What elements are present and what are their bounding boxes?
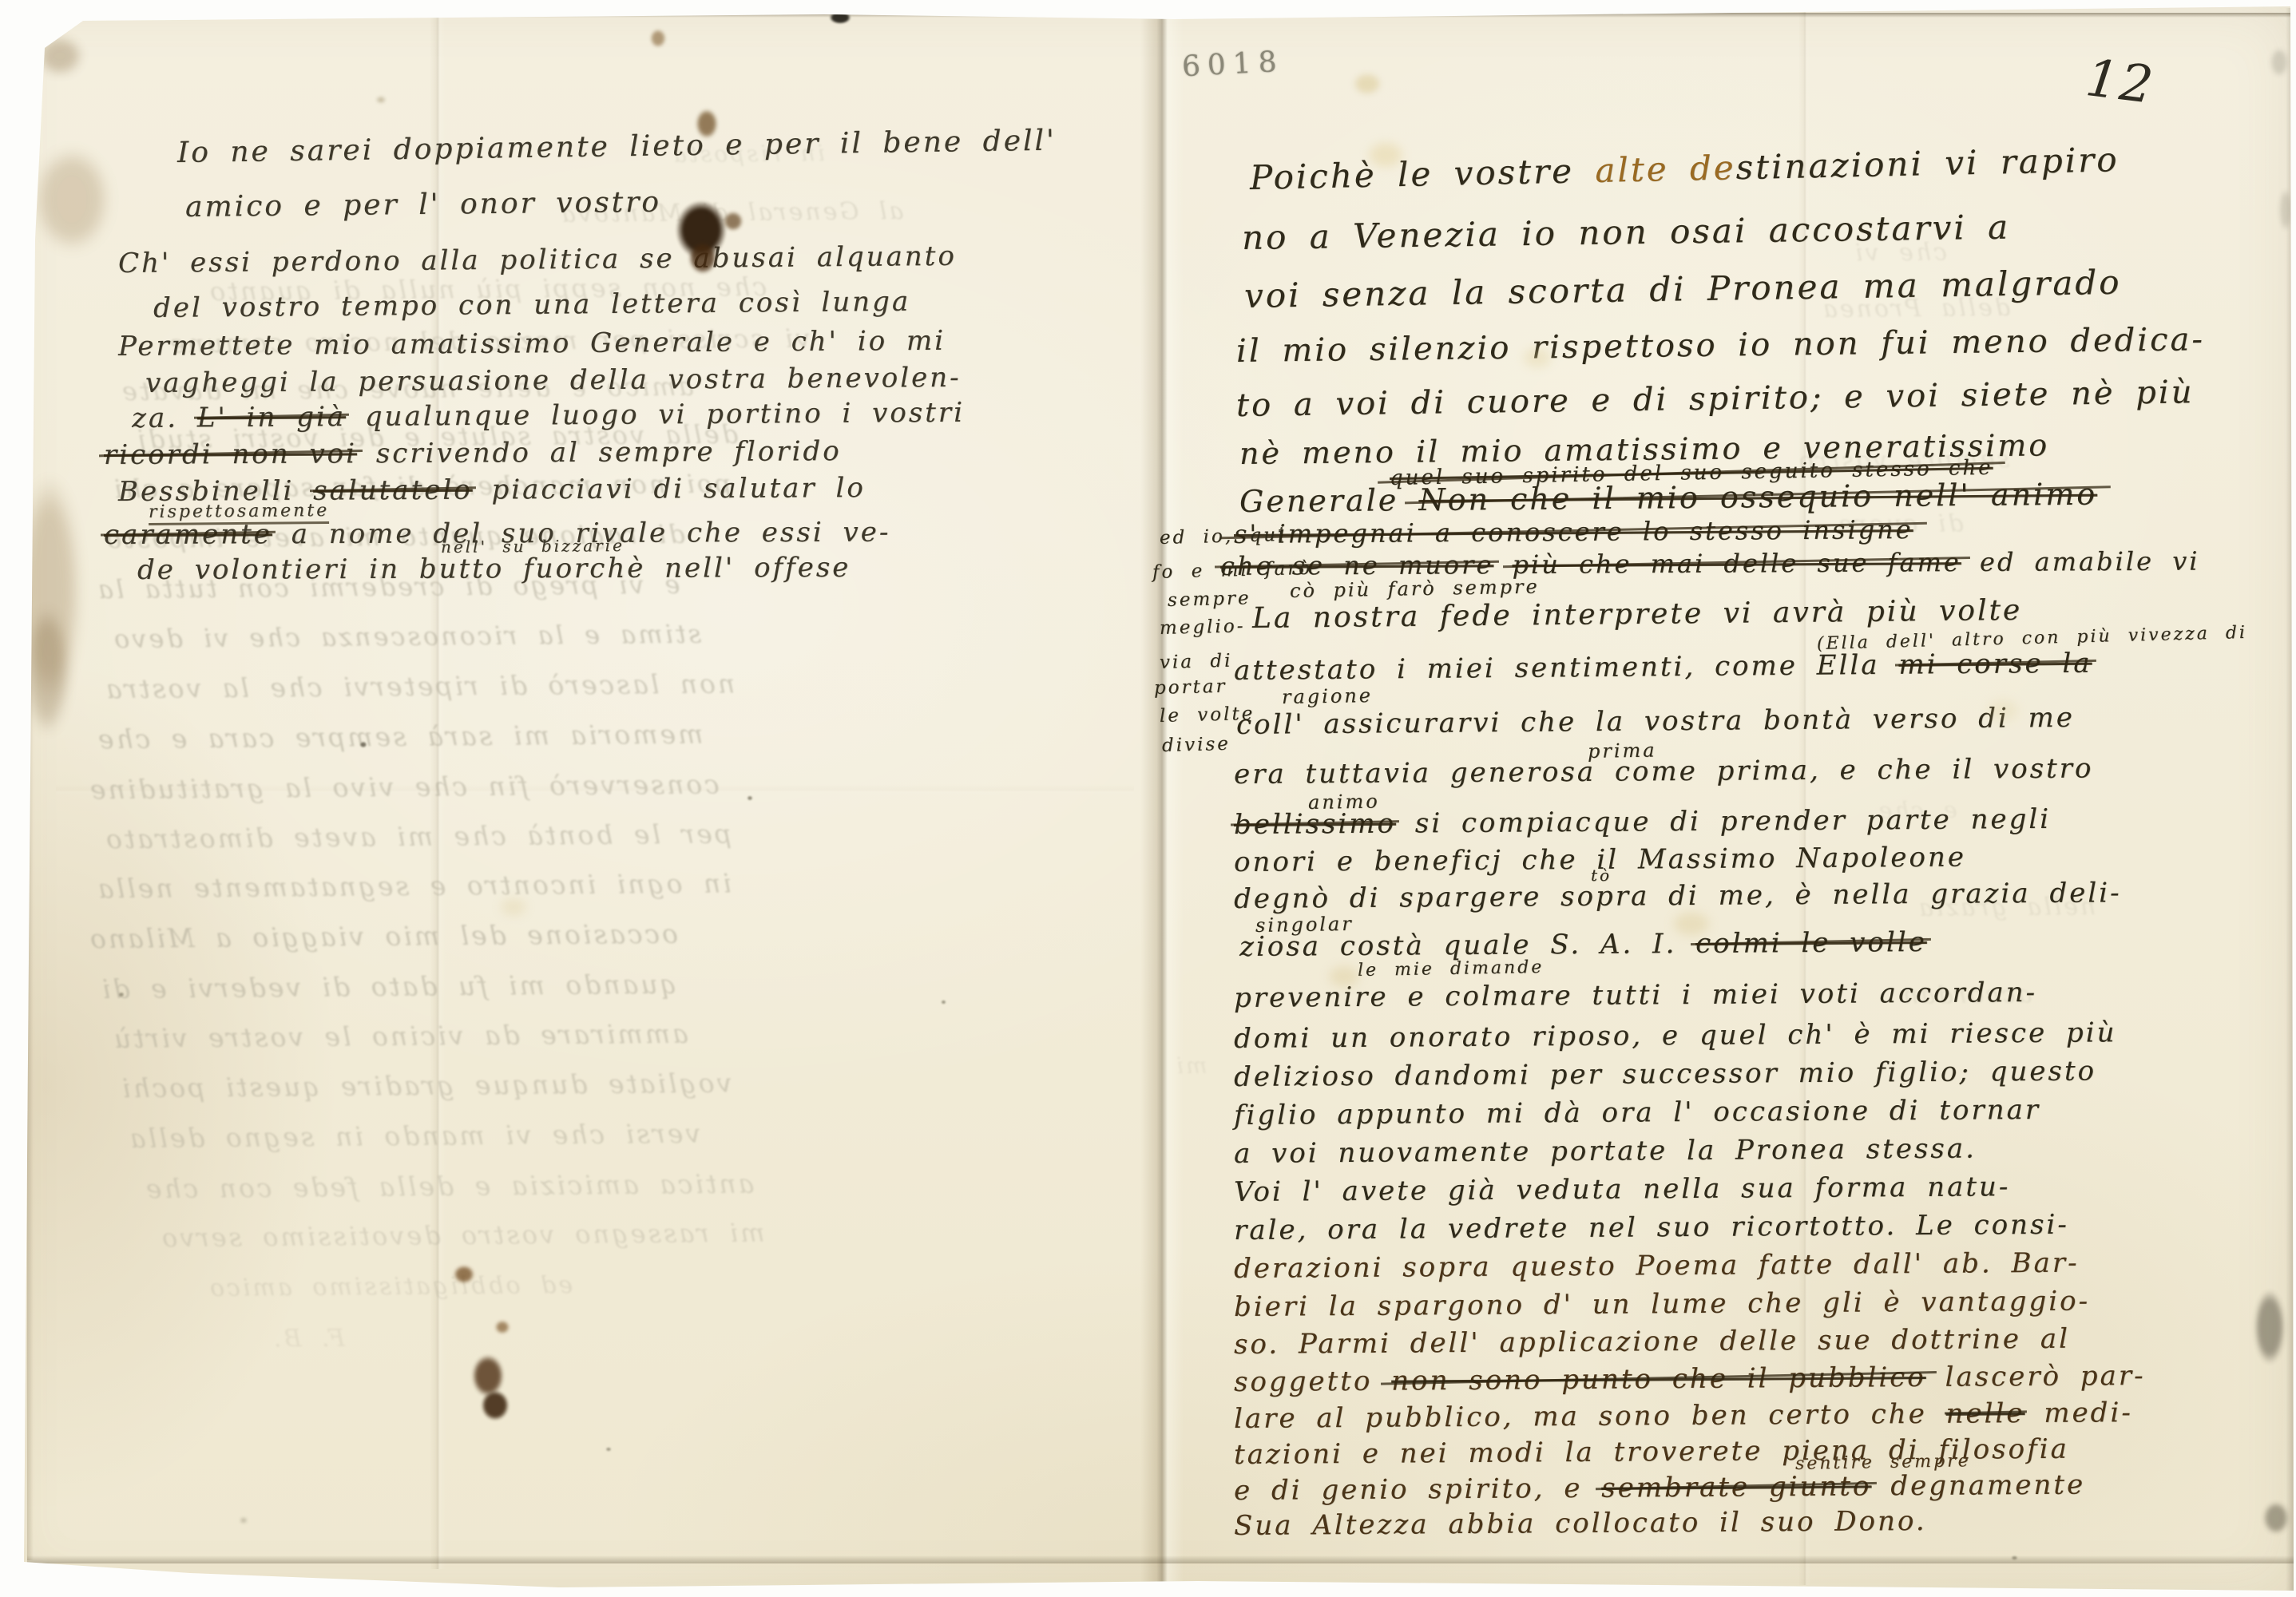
ink-stain [494, 1319, 511, 1335]
ink-stain [1362, 137, 1410, 172]
ink-stain [451, 1263, 477, 1286]
archive-mark: 6018 [1181, 46, 1285, 84]
ink-stain [24, 136, 120, 264]
ink-stain [1322, 961, 1366, 992]
ink-stain [2011, 1555, 2018, 1560]
ink-stain [2260, 1498, 2292, 1538]
ink-stains [0, 0, 2296, 1597]
ink-stain [2278, 184, 2294, 236]
ink-stain [478, 1386, 513, 1425]
ink-stain [19, 591, 75, 751]
ink-stain [685, 238, 720, 278]
ink-stain [1517, 343, 1557, 372]
ink-stain [375, 96, 387, 104]
ink-stain [1666, 907, 1717, 941]
ink-stain [32, 32, 88, 80]
ink-stain [118, 992, 125, 997]
ink-stain [495, 894, 532, 920]
ink-stain [648, 27, 668, 50]
ink-stain [2268, 45, 2290, 80]
ink-stain [359, 741, 367, 748]
page-number: 12 [2083, 49, 2158, 116]
manuscript-paper: al General di Mantovain rispostache non … [0, 0, 2296, 1597]
ink-stain [605, 1447, 612, 1452]
ink-stain [827, 10, 854, 26]
ink-stain [1981, 695, 2025, 727]
ink-stain [240, 1517, 248, 1524]
ink-stain [2250, 1281, 2289, 1373]
ink-stain [747, 795, 753, 801]
ink-stain [693, 105, 720, 142]
ink-stain [941, 1000, 946, 1005]
scan-background: al General di Mantovain rispostache non … [0, 0, 2296, 1597]
ink-stain [1350, 70, 1385, 97]
ink-stain [721, 209, 745, 233]
